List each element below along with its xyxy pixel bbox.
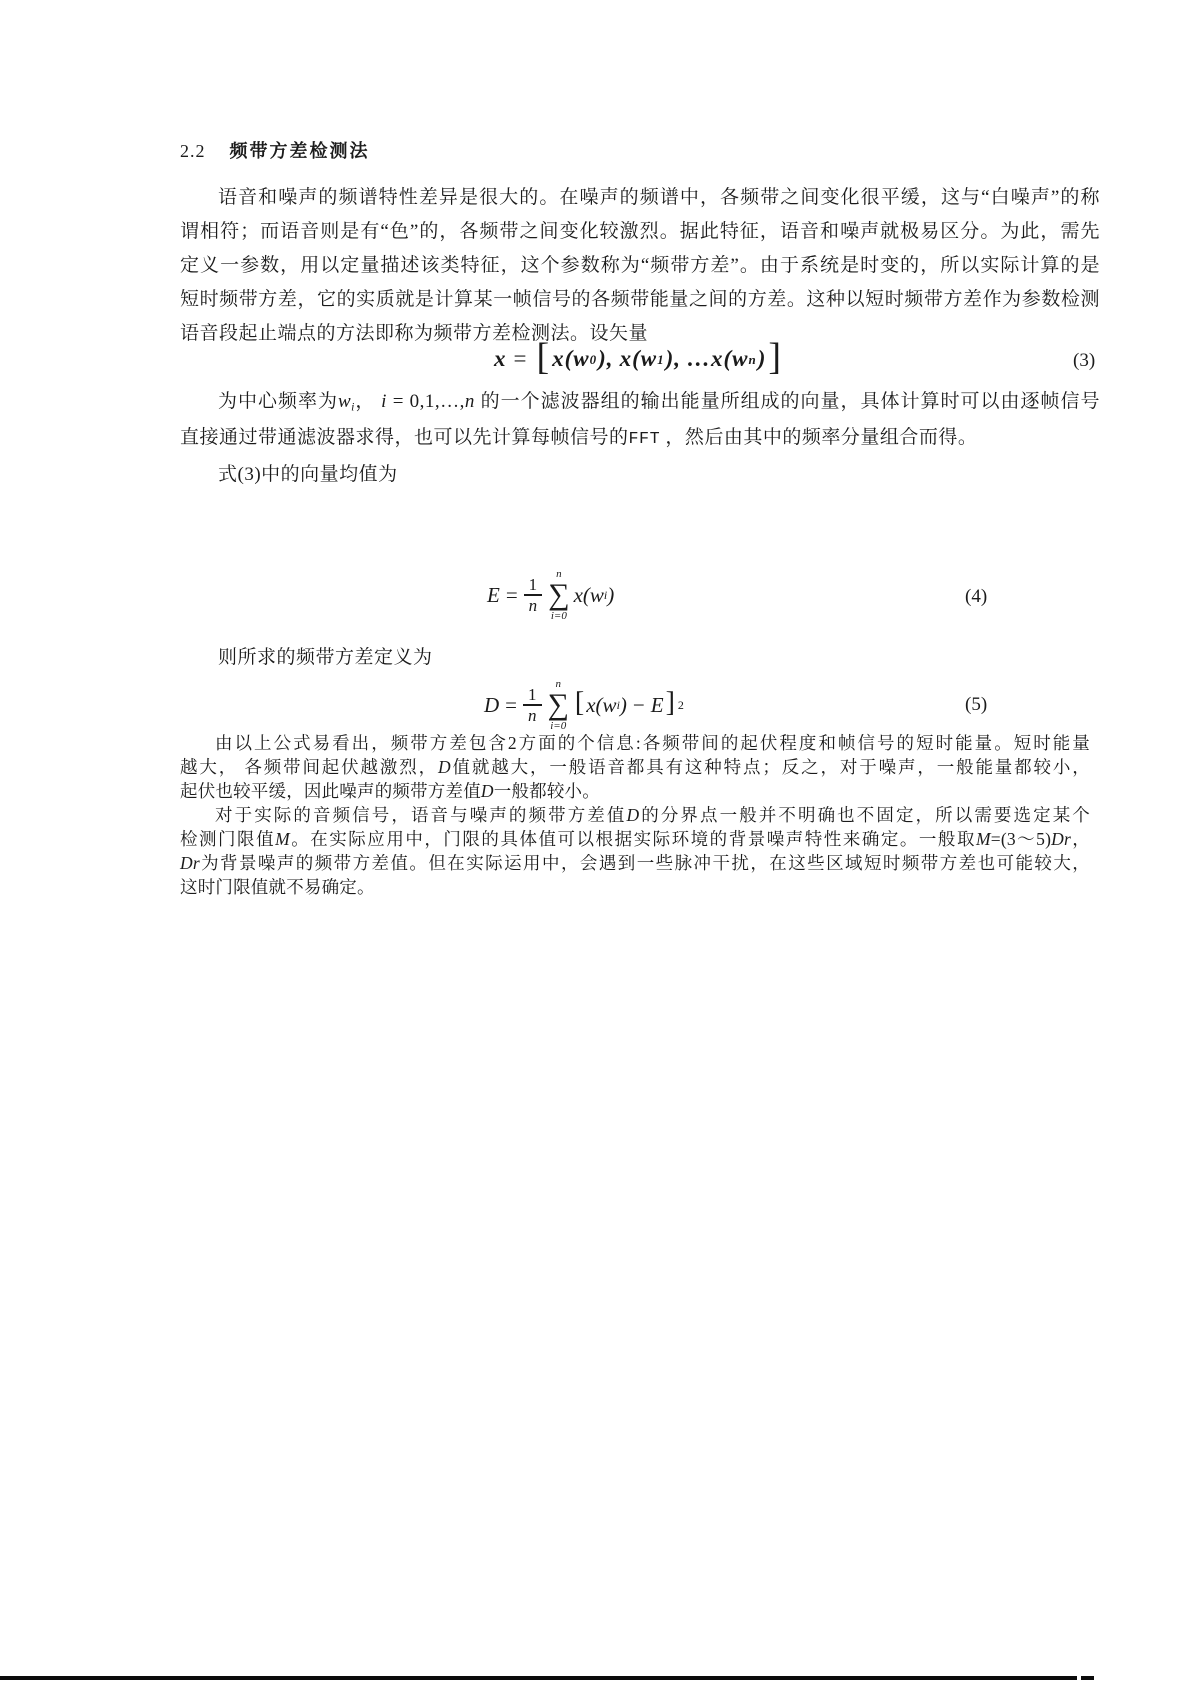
text-segment: M [275, 829, 290, 849]
equation-number: (4) [965, 586, 987, 608]
denominator: n [528, 706, 537, 725]
term: x(w [620, 346, 658, 372]
text-segment: Dr [1051, 829, 1071, 849]
fraction: 1 n [524, 576, 543, 616]
text-segment: 一般都较小。 [494, 781, 600, 801]
text-line: 起伏也较平缓，因此噪声的频带方差值D一般都较小。 [180, 779, 1090, 803]
term: x(w [574, 583, 604, 608]
math-formula: x = [ x(w0), x(w1), … x(wn) ] [494, 340, 784, 378]
sigma-symbol: ∑ [548, 691, 569, 720]
text-segment: ， [1071, 829, 1090, 849]
equals-sign: = [514, 346, 528, 372]
text-line: 定义一参数，用以定量描述该类特征，这个参数称为“频带方差”。由于系统是时变的，所… [180, 249, 1100, 283]
bottom-rule-segment [1081, 1676, 1094, 1680]
sigma-symbol: ∑ [548, 581, 569, 610]
text-line: 越大， 各频带间起伏越激烈，D值就越大，一般语音都具有这种特点；反之，对于噪声，… [180, 755, 1090, 779]
numerator: 1 [524, 576, 543, 597]
text-segment: 为中心频率为 [218, 391, 338, 412]
term: ) [620, 693, 627, 718]
left-bracket: [ [575, 689, 584, 717]
text-line: 谓相符；而语音则是有“色”的，各频带之间变化较激烈。据此特征，语音和噪声就极易区… [180, 215, 1100, 249]
text-line: 直接通过带通滤波器求得，也可以先计算每帧信号的FFT ，然后由其中的频率分量组合… [180, 420, 1100, 456]
variable: D [484, 693, 499, 718]
text-segment: 的一个滤波器组的输出能量所组成的向量，具体计算时可以由逐帧信号 [475, 391, 1100, 412]
section-number: 2.2 [180, 141, 206, 161]
subscript: n [748, 353, 756, 366]
term: ), [666, 346, 681, 372]
section-title: 频带方差检测法 [230, 141, 370, 161]
math-formula: D = 1 n n ∑ i=0 [ x(wi) − E ]2 [484, 678, 684, 733]
text-segment: Dr [180, 853, 200, 873]
term: x(w [586, 693, 616, 718]
variable: x [494, 346, 507, 372]
equals-sign: = [506, 583, 518, 608]
text-line: 这时门限值就不易确定。 [180, 875, 1090, 899]
text-segment: 的分界点一般并不明确也不固定，所以需要选定某个 [639, 805, 1090, 825]
math-formula: E = 1 n n ∑ i=0 x(wi) [487, 568, 614, 623]
text-segment: 检测门限值 [180, 829, 275, 849]
text-line: 短时频带方差，它的实质就是计算某一帧信号的各频带能量之间的方差。这种以短时频带方… [180, 283, 1100, 317]
text-segment: 。在实际应用中，门限的具体值可以根据实际环境的背景噪声特性来确定。一般取 [290, 829, 976, 849]
term: x(w [711, 346, 749, 372]
text-line: 检测门限值M。在实际应用中，门限的具体值可以根据实际环境的背景噪声特性来确定。一… [180, 827, 1090, 851]
bottom-rule-segment [0, 1676, 1077, 1680]
paragraph-mean-intro: 式(3)中的向量均值为 [180, 458, 1100, 492]
text-segment: 这时门限值就不易确定。 [180, 877, 375, 897]
text-segment: M [976, 829, 991, 849]
paragraph-discussion: 由以上公式易看出，频带方差包含2方面的个信息:各频带间的起伏程度和帧信号的短时能… [180, 731, 1090, 899]
minus-sign: − [633, 693, 645, 718]
text-segment: 值就越大，一般语音都具有这种特点；反之，对于噪声，一般能量都较小， [451, 757, 1090, 777]
equals-sign: = [505, 693, 517, 718]
denominator: n [529, 596, 538, 615]
text-segment: 起伏也较平缓，因此噪声的频带方差值 [180, 781, 481, 801]
exponent: 2 [678, 698, 684, 713]
lower-limit: i=0 [551, 610, 567, 623]
term: ), [598, 346, 613, 372]
summation: n ∑ i=0 [548, 678, 569, 733]
term: ) [607, 583, 614, 608]
variable: E [651, 693, 664, 718]
text-segment: = 0,1,…, [387, 391, 465, 412]
text-line: 由以上公式易看出，频带方差包含2方面的个信息:各频带间的起伏程度和帧信号的短时能… [180, 731, 1090, 755]
text-line: 则所求的频带方差定义为 [180, 641, 1100, 675]
text-segment: D [438, 757, 451, 777]
text-segment: w [338, 391, 351, 412]
text-segment: 对于实际的音频信号，语音与噪声的频带方差值 [215, 805, 626, 825]
equation-number: (3) [1073, 350, 1095, 372]
paragraph-intro: 语音和噪声的频谱特性差异是很大的。在噪声的频谱中，各频带之间变化很平缓，这与“白… [180, 181, 1100, 351]
text-line: 对于实际的音频信号，语音与噪声的频带方差值D的分界点一般并不明确也不固定，所以需… [180, 803, 1090, 827]
left-bracket: [ [536, 338, 550, 376]
equation-number: (5) [965, 694, 987, 716]
subscript: 0 [590, 353, 598, 366]
term: ) [758, 346, 767, 372]
right-bracket: ] [666, 689, 675, 717]
fraction: 1 n [523, 686, 542, 726]
paragraph-filter-bank: 为中心频率为wi， i = 0,1,…,n 的一个滤波器组的输出能量所组成的向量… [180, 384, 1100, 456]
text-segment: D [626, 805, 639, 825]
text-segment: n [465, 391, 475, 412]
text-segment: ，然后由其中的频率分量组合而得。 [660, 427, 977, 448]
paragraph-variance-intro: 则所求的频带方差定义为 [180, 641, 1100, 675]
text-segment: =(3～5) [991, 829, 1051, 849]
term: x(w [552, 346, 590, 372]
text-segment: 为背景噪声的频带方差值。但在实际运用中，会遇到一些脉冲干扰，在这些区域短时频带方… [200, 853, 1090, 873]
equation-4: E = 1 n n ∑ i=0 x(wi) (4) [0, 556, 1192, 644]
text-segment: FFT [629, 430, 661, 449]
subscript: 1 [657, 353, 665, 366]
text-line: 式(3)中的向量均值为 [180, 458, 1100, 492]
text-segment: 直接通过带通滤波器求得，也可以先计算每帧信号的 [180, 427, 629, 448]
equation-3: x = [ x(w0), x(w1), … x(wn) ] (3) [0, 338, 1192, 384]
text-segment: 由以上公式易看出，频带方差包含2方面的个信息:各频带间的起伏程度和帧信号的短时能… [215, 733, 1090, 753]
text-line: 语音和噪声的频谱特性差异是很大的。在噪声的频谱中，各频带之间变化很平缓，这与“白… [180, 181, 1100, 215]
text-segment: 越大， 各频带间起伏越激烈， [180, 757, 438, 777]
text-segment: ， [355, 391, 381, 412]
text-line: Dr为背景噪声的频带方差值。但在实际运用中，会遇到一些脉冲干扰，在这些区域短时频… [180, 851, 1090, 875]
variable: E [487, 583, 500, 608]
ellipsis: … [687, 346, 711, 372]
numerator: 1 [523, 686, 542, 707]
right-bracket: ] [768, 338, 782, 376]
text-line: 为中心频率为wi， i = 0,1,…,n 的一个滤波器组的输出能量所组成的向量… [180, 384, 1100, 420]
summation: n ∑ i=0 [548, 568, 569, 623]
section-heading: 2.2 频带方差检测法 [180, 137, 370, 161]
text-segment: D [481, 781, 494, 801]
page: 2.2 频带方差检测法 语音和噪声的频谱特性差异是很大的。在噪声的频谱中，各频带… [0, 0, 1192, 1685]
